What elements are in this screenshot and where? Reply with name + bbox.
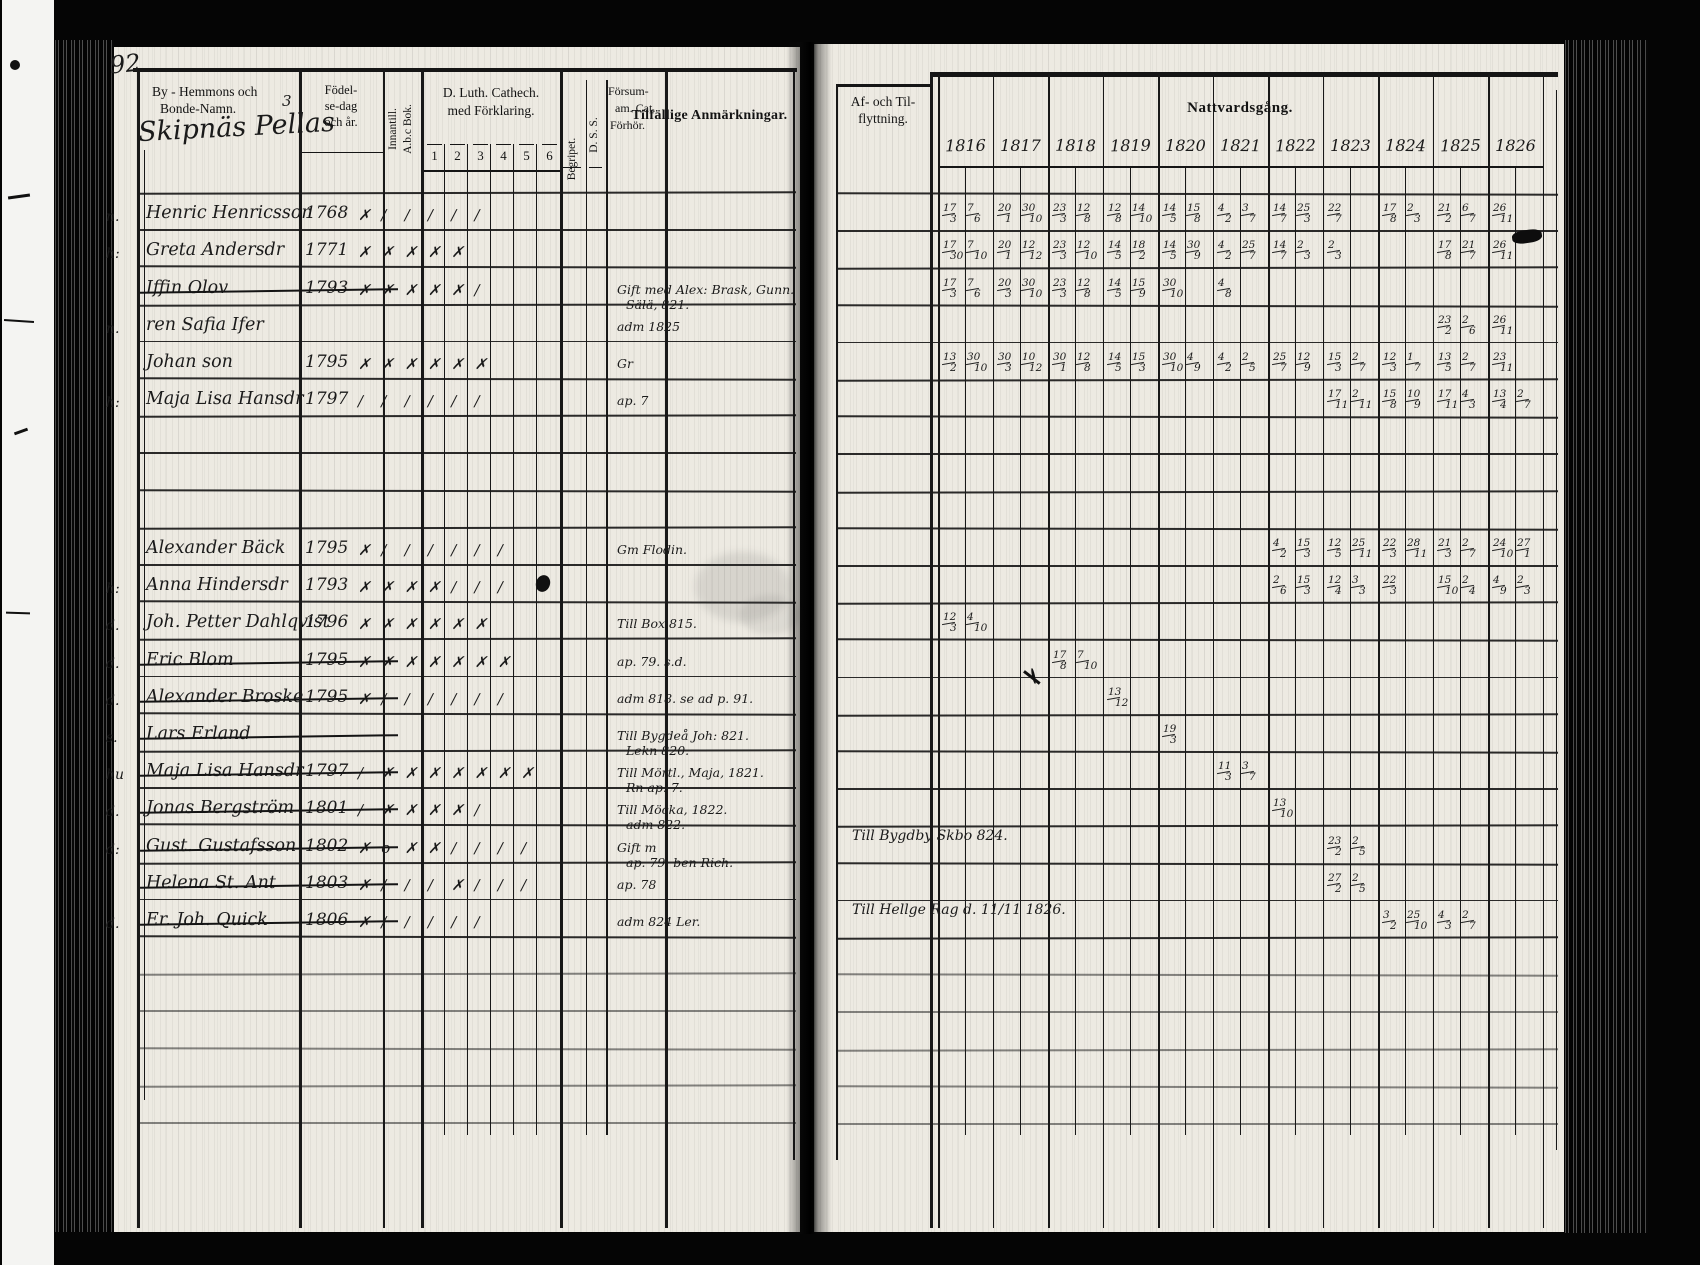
communion-date: 67 xyxy=(1460,205,1481,227)
communion-month: 1 xyxy=(1005,213,1012,225)
communion-date-cell: 145158 xyxy=(1161,205,1206,227)
communion-month: 3 xyxy=(1304,548,1311,560)
catechism-mark: ∕ xyxy=(498,690,503,708)
communion-day: 4 xyxy=(1273,537,1280,549)
header-rule-top-left xyxy=(133,68,797,72)
entry-prefix: s. xyxy=(106,730,118,746)
communion-month: 12 xyxy=(1029,250,1042,262)
communion-day: 4 xyxy=(1438,909,1445,921)
entry-name: Helena St. Ant xyxy=(146,873,276,893)
column-line xyxy=(421,70,424,1228)
communion-month: 8 xyxy=(1115,213,1122,225)
column-header-catechism-line1: D. Luth. Cathech. xyxy=(423,85,559,101)
communion-month: 7 xyxy=(1280,362,1287,374)
communion-month: 11 xyxy=(1500,213,1513,225)
catechism-mark: ✗ xyxy=(381,801,394,819)
communion-date: 153 xyxy=(1295,540,1316,562)
communion-date-cell: 14723 xyxy=(1271,242,1316,264)
communion-date-cell: 4225 xyxy=(1216,354,1261,376)
communion-day: 2 xyxy=(1242,351,1249,363)
communion-date-cell: 233128 xyxy=(1051,280,1096,302)
column-line xyxy=(1103,74,1104,1228)
entry-note: ap. 78 xyxy=(617,877,656,892)
catechism-mark: ∕ xyxy=(498,839,503,857)
communion-date-cell: 23225 xyxy=(1326,838,1371,860)
communion-date-cell: 1730710 xyxy=(941,242,986,264)
communion-date-cell: 26153 xyxy=(1271,577,1316,599)
communion-day: 4 xyxy=(1462,388,1469,400)
communion-date: 27 xyxy=(1460,540,1481,562)
communion-date: 42 xyxy=(1216,354,1237,376)
communion-date: 1711 xyxy=(1326,391,1347,413)
communion-month: 7 xyxy=(1249,213,1256,225)
catechism-mark: ✗ xyxy=(428,615,441,633)
communion-month: 11 xyxy=(1500,325,1513,337)
communion-date: 145 xyxy=(1106,354,1127,376)
communion-month: 9 xyxy=(1194,362,1201,374)
catechism-mark: ✗ xyxy=(381,764,394,782)
year-label: 1820 xyxy=(1158,136,1213,155)
entry-name: Iffin Olov xyxy=(146,278,228,298)
communion-date: 27 xyxy=(1460,354,1481,376)
communion-date-cell: 2331210 xyxy=(1051,242,1096,264)
entry-prefix: d. xyxy=(106,916,119,932)
communion-date-cell: 27225 xyxy=(1326,875,1371,897)
entry-name: Anna Hindersdr xyxy=(146,575,288,595)
communion-date: 147 xyxy=(1271,205,1292,227)
catechism-mark: ✗ xyxy=(451,355,464,373)
communion-month: 10 xyxy=(1029,288,1042,300)
communion-date: 145 xyxy=(1106,242,1127,264)
communion-month: 10 xyxy=(1084,660,1097,672)
communion-date-cell: 1281410 xyxy=(1106,205,1151,227)
communion-day: 3 xyxy=(1242,202,1249,214)
communion-month: 3 xyxy=(1390,362,1397,374)
catechism-mark: ∕ xyxy=(498,876,503,894)
entry-name: ren Safia Ifer xyxy=(146,315,264,335)
column-line xyxy=(606,80,608,1135)
communion-date-cell: 15327 xyxy=(1326,354,1371,376)
communion-month: 7 xyxy=(1249,250,1256,262)
catechism-mark: ∕ xyxy=(381,913,386,931)
ruled-line xyxy=(836,565,1558,567)
entry-note: Gift med Alex: Brask, Gunn. xyxy=(617,282,794,297)
header-scribble: 3 xyxy=(282,92,292,110)
communion-date: 1012 xyxy=(1020,354,1041,376)
column-line xyxy=(137,70,140,1228)
column-line xyxy=(444,144,445,1135)
communion-month: 2 xyxy=(1335,846,1342,858)
communion-date: 233 xyxy=(1051,280,1072,302)
catechism-mark: ∕ xyxy=(428,876,433,894)
communion-date: 303 xyxy=(996,354,1017,376)
communion-month: 5 xyxy=(1445,362,1452,374)
catechism-mark: ✗ xyxy=(475,355,488,373)
communion-date: 223 xyxy=(1381,577,1402,599)
communion-date: 178 xyxy=(1381,205,1402,227)
column-header-catechism-line2: med Förklaring. xyxy=(423,103,559,119)
communion-date-cell: 158109 xyxy=(1381,391,1426,413)
column-line xyxy=(536,144,537,1135)
catechism-mark: ∕ xyxy=(451,541,456,559)
catechism-mark: ∕ xyxy=(428,206,433,224)
catechism-mark: ∕ xyxy=(428,913,433,931)
communion-date: 23 xyxy=(1515,577,1536,599)
communion-date: 17 xyxy=(1405,354,1426,376)
communion-date: 710 xyxy=(965,242,986,264)
communion-month: 2 xyxy=(1335,883,1342,895)
communion-day: 7 xyxy=(967,239,974,251)
communion-date-cell: 23 xyxy=(1326,242,1347,264)
catechism-mark: ∕ xyxy=(521,876,526,894)
column-line xyxy=(1460,168,1461,1135)
communion-day: 7 xyxy=(1077,649,1084,661)
communion-date-cell: 233128 xyxy=(1051,205,1096,227)
communion-date: 23 xyxy=(1405,205,1426,227)
communion-date-cell: 12317 xyxy=(1381,354,1426,376)
year-label: 1819 xyxy=(1103,136,1158,156)
communion-date: 257 xyxy=(1240,242,1261,264)
ruled-line xyxy=(836,230,1558,232)
communion-day: 4 xyxy=(1218,202,1225,214)
column-line xyxy=(1543,74,1544,1228)
communion-date: 23 xyxy=(1295,242,1316,264)
communion-day: 7 xyxy=(967,277,974,289)
catechism-mark: ✗ xyxy=(451,764,464,782)
communion-date-cell: 13427 xyxy=(1491,391,1536,413)
grade-col-4: 4 xyxy=(493,148,514,164)
grade-col-6: 6 xyxy=(539,148,560,164)
catechism-mark: ∕ xyxy=(381,541,386,559)
communion-date-cell: 301128 xyxy=(1051,354,1096,376)
communion-date: 233 xyxy=(1051,242,1072,264)
column-line xyxy=(1350,168,1351,1135)
communion-date: 253 xyxy=(1295,205,1316,227)
communion-date: 37 xyxy=(1240,205,1261,227)
communion-month: 2 xyxy=(1280,548,1287,560)
communion-day: 4 xyxy=(1218,277,1225,289)
communion-month: 2 xyxy=(1445,213,1452,225)
communion-date: 1410 xyxy=(1130,205,1151,227)
catechism-mark: ✗ xyxy=(428,243,441,261)
communion-date: 27 xyxy=(1515,391,1536,413)
entry-note: Till Möcka, 1822. xyxy=(617,802,727,817)
communion-month: 7 xyxy=(1524,399,1531,411)
column-line xyxy=(586,80,587,1135)
communion-day: 2 xyxy=(1352,872,1359,884)
communion-date: 26 xyxy=(1460,317,1481,339)
communion-date: 178 xyxy=(1051,652,1072,674)
communion-date: 211 xyxy=(1350,391,1371,413)
column-header-name-line1: By - Hemmons och xyxy=(152,84,257,100)
catechism-mark: ✗ xyxy=(451,801,464,819)
communion-date: 201 xyxy=(996,205,1017,227)
communion-date: 25 xyxy=(1350,838,1371,860)
communion-month: 3 xyxy=(1139,362,1146,374)
communion-date: 1210 xyxy=(1075,242,1096,264)
column-line xyxy=(1515,168,1516,1135)
communion-month: 6 xyxy=(974,288,981,300)
catechism-mark: ✗ xyxy=(358,541,371,559)
communion-date: 42 xyxy=(1271,540,1292,562)
communion-date: 147 xyxy=(1271,242,1292,264)
column-line xyxy=(993,74,994,1228)
entry-birth-year: 1802 xyxy=(305,836,348,856)
communion-month: 7 xyxy=(1414,362,1421,374)
communion-date-cell: 2410271 xyxy=(1491,540,1536,562)
communion-day: 3 xyxy=(1242,760,1249,772)
communion-month: 7 xyxy=(1469,250,1476,262)
column-line xyxy=(299,70,302,1228)
entry-note: Till Mörtl., Maja, 1821. xyxy=(617,765,764,780)
communion-month: 8 xyxy=(1060,660,1067,672)
entry-name: Maja Lisa Hansdr xyxy=(146,389,303,409)
catechism-mark: ✗ xyxy=(358,243,371,261)
communion-date-cell: 301049 xyxy=(1161,354,1206,376)
communion-day: 2 xyxy=(1328,239,1335,251)
catechism-mark: ✗ xyxy=(451,653,464,671)
communion-date: 128 xyxy=(1106,205,1127,227)
communion-day: 2 xyxy=(1297,239,1304,251)
communion-date: 125 xyxy=(1326,540,1347,562)
entry-prefix: h: xyxy=(106,246,120,262)
communion-date: 203 xyxy=(996,280,1017,302)
communion-date-cell: 42257 xyxy=(1216,242,1261,264)
column-line xyxy=(1295,168,1296,1135)
communion-month: 3 xyxy=(1445,920,1452,932)
communion-month: 5 xyxy=(1115,362,1122,374)
entry-prefix: hu xyxy=(106,767,124,783)
catechism-mark: ∕ xyxy=(451,839,456,857)
year-label: 1816 xyxy=(938,136,993,156)
catechism-mark: ✗ xyxy=(358,615,371,633)
catechism-mark: ∕ xyxy=(475,578,480,596)
catechism-mark: ∕ xyxy=(405,206,410,224)
communion-day: 6 xyxy=(1462,202,1469,214)
ruled-line xyxy=(836,788,1558,790)
entry-moving-note: Till Bygdby Skbo 824. xyxy=(852,828,1008,844)
communion-date-cell: 13527 xyxy=(1436,354,1481,376)
communion-date: 124 xyxy=(1326,577,1347,599)
catechism-mark: ∕ xyxy=(381,392,386,410)
communion-month: 9 xyxy=(1194,250,1201,262)
communion-date: 201 xyxy=(996,242,1017,264)
communion-date: 153 xyxy=(1130,354,1151,376)
entry-note: Till Bygdeå Joh: 821. xyxy=(617,728,749,743)
entry-prefix: n. xyxy=(106,321,119,337)
communion-month: 10 xyxy=(1029,213,1042,225)
communion-month: 4 xyxy=(1335,585,1342,597)
catechism-mark: ✗ xyxy=(451,876,464,894)
communion-date: 193 xyxy=(1161,726,1182,748)
column-header-moving-line1: Af- och Til- xyxy=(836,94,930,110)
communion-date: 43 xyxy=(1460,391,1481,413)
entry-note-line2: Sälä, 821. xyxy=(626,297,689,312)
communion-month: 5 xyxy=(1249,362,1256,374)
column-header-begriper: Begripet. xyxy=(566,104,578,214)
communion-date: 272 xyxy=(1326,875,1347,897)
entry-birth-year: 1797 xyxy=(305,389,348,409)
entry-name: Johan son xyxy=(146,352,233,372)
communion-day: 2 xyxy=(1273,574,1280,586)
communion-date-cell: 257129 xyxy=(1271,354,1316,376)
catechism-mark: ✗ xyxy=(428,355,441,373)
entry-note-line2: Rn ap. 7. xyxy=(626,780,683,795)
ruled-line xyxy=(836,342,1558,344)
grade-dash xyxy=(496,144,511,145)
communion-date-cell: 2611 xyxy=(1491,317,1512,339)
catechism-mark: ∕ xyxy=(475,392,480,410)
entry-birth-year: 1795 xyxy=(305,352,348,372)
communion-month: 2 xyxy=(1139,250,1146,262)
communion-date: 145 xyxy=(1106,280,1127,302)
communion-day: 1 xyxy=(1407,351,1414,363)
catechism-mark: ✗ xyxy=(451,615,464,633)
column-header-dss: D. S. S. xyxy=(588,95,600,175)
communion-month: 8 xyxy=(1390,213,1397,225)
communion-date-cell: 193 xyxy=(1161,726,1182,748)
communion-date: 2511 xyxy=(1350,540,1371,562)
communion-day: 2 xyxy=(1407,202,1414,214)
entry-name: Greta Andersdr xyxy=(146,240,284,260)
communion-date: 2611 xyxy=(1491,317,1512,339)
communion-month: 3 xyxy=(1170,734,1177,746)
communion-date: 410 xyxy=(965,614,986,636)
entry-prefix: d. xyxy=(106,693,119,709)
communion-date-cell: 223 xyxy=(1381,577,1402,599)
communion-date: 301 xyxy=(1051,354,1072,376)
communion-date-cell: 21267 xyxy=(1436,205,1481,227)
column-line xyxy=(467,144,468,1135)
catechism-mark: ✗ xyxy=(451,281,464,299)
column-line xyxy=(836,84,838,1160)
communion-month: 1 xyxy=(1524,548,1531,560)
entry-prefix: h: xyxy=(106,581,120,597)
communion-date: 109 xyxy=(1405,391,1426,413)
column-header-abc-innantill: Innantill. xyxy=(387,74,399,184)
column-line xyxy=(930,74,933,1228)
entry-note-line2: adm 822. xyxy=(626,817,685,832)
communion-month: 8 xyxy=(1445,250,1452,262)
year-label: 1826 xyxy=(1488,136,1543,155)
column-line xyxy=(1323,74,1324,1228)
communion-date-cell: 4237 xyxy=(1216,205,1261,227)
column-line xyxy=(490,144,491,1135)
catechism-mark: ∕ xyxy=(451,392,456,410)
grade-dash xyxy=(450,144,465,145)
column-line xyxy=(965,168,966,1135)
column-header-abc-bok: A.b.c Bok. xyxy=(402,74,414,184)
communion-date-cell: 2611 xyxy=(1491,242,1512,264)
communion-date: 257 xyxy=(1271,354,1292,376)
catechism-mark: ✗ xyxy=(405,653,418,671)
communion-date: 27 xyxy=(1460,912,1481,934)
communion-date: 25 xyxy=(1350,875,1371,897)
communion-month: 3 xyxy=(1335,250,1342,262)
catechism-mark: ✗ xyxy=(428,764,441,782)
communion-month: 7 xyxy=(1469,920,1476,932)
communion-date: 33 xyxy=(1350,577,1371,599)
column-line xyxy=(1378,74,1380,1228)
communion-month: 7 xyxy=(1249,771,1256,783)
communion-date: 2611 xyxy=(1491,242,1512,264)
communion-month: 10 xyxy=(974,622,987,634)
year-label: 1824 xyxy=(1378,136,1433,156)
communion-month: 10 xyxy=(1084,250,1097,262)
column-line xyxy=(665,70,668,1228)
communion-date: 129 xyxy=(1295,354,1316,376)
grade-dash xyxy=(473,144,488,145)
communion-date: 37 xyxy=(1240,763,1261,785)
catechism-mark: ∕ xyxy=(475,541,480,559)
entry-birth-year: 1803 xyxy=(305,873,348,893)
communion-month: 5 xyxy=(1359,883,1366,895)
entry-name: Jonas Bergström xyxy=(146,798,294,818)
communion-date: 49 xyxy=(1491,577,1512,599)
communion-date: 49 xyxy=(1185,354,1206,376)
entry-prefix: d. xyxy=(106,656,119,672)
catechism-mark: ∕ xyxy=(475,206,480,224)
catechism-mark: ∕ xyxy=(428,392,433,410)
entry-note: adm 824 Ler. xyxy=(617,914,700,929)
communion-month: 1 xyxy=(1060,362,1067,374)
communion-date: 217 xyxy=(1460,242,1481,264)
year-label: 1818 xyxy=(1048,136,1103,156)
communion-date: 27 xyxy=(1350,354,1371,376)
communion-date-cell: 17823 xyxy=(1381,205,1426,227)
communion-date: 3010 xyxy=(1020,280,1041,302)
catechism-mark: ✗ xyxy=(521,764,534,782)
year-label: 1817 xyxy=(993,136,1048,155)
column-line xyxy=(1556,90,1557,1150)
communion-date-cell: 3031012 xyxy=(996,354,1041,376)
header-rule-top-right xyxy=(930,72,1558,77)
communion-date-cell: 3010 xyxy=(1161,280,1182,302)
communion-month: 4 xyxy=(1500,399,1507,411)
communion-month: 11 xyxy=(1359,548,1372,560)
communion-month: 10 xyxy=(1280,808,1293,820)
communion-date-cell: 1312 xyxy=(1106,689,1127,711)
entry-birth-year: 1793 xyxy=(305,575,348,595)
communion-date-cell: 123410 xyxy=(941,614,986,636)
communion-date: 3010 xyxy=(965,354,986,376)
communion-day: 4 xyxy=(1218,239,1225,251)
communion-month: 5 xyxy=(1170,250,1177,262)
communion-month: 6 xyxy=(1469,325,1476,337)
entry-name: Alexander Broske xyxy=(146,687,303,707)
communion-date: 113 xyxy=(1216,763,1237,785)
catechism-mark: ∕ xyxy=(475,876,480,894)
column-line xyxy=(1240,168,1241,1135)
entry-name: Lars Erland xyxy=(146,724,251,744)
communion-day: 3 xyxy=(1383,909,1390,921)
communion-date: 132 xyxy=(941,354,962,376)
entry-note: Gift m xyxy=(617,840,656,855)
catechism-mark: ∕ xyxy=(358,392,363,410)
communion-date: 232 xyxy=(1436,317,1457,339)
communion-date: 123 xyxy=(941,614,962,636)
communion-month: 10 xyxy=(1445,585,1458,597)
communion-month: 6 xyxy=(1280,585,1287,597)
communion-date: 42 xyxy=(1216,242,1237,264)
communion-date-cell: 147253 xyxy=(1271,205,1316,227)
entry-note: ap. 7 xyxy=(617,393,648,408)
communion-date: 42 xyxy=(1216,205,1237,227)
column-header-birth-line2: se-dag xyxy=(302,99,380,114)
catechism-mark: ∕ xyxy=(498,541,503,559)
grade-col-1: 1 xyxy=(424,148,445,164)
catechism-mark: ∕ xyxy=(428,690,433,708)
